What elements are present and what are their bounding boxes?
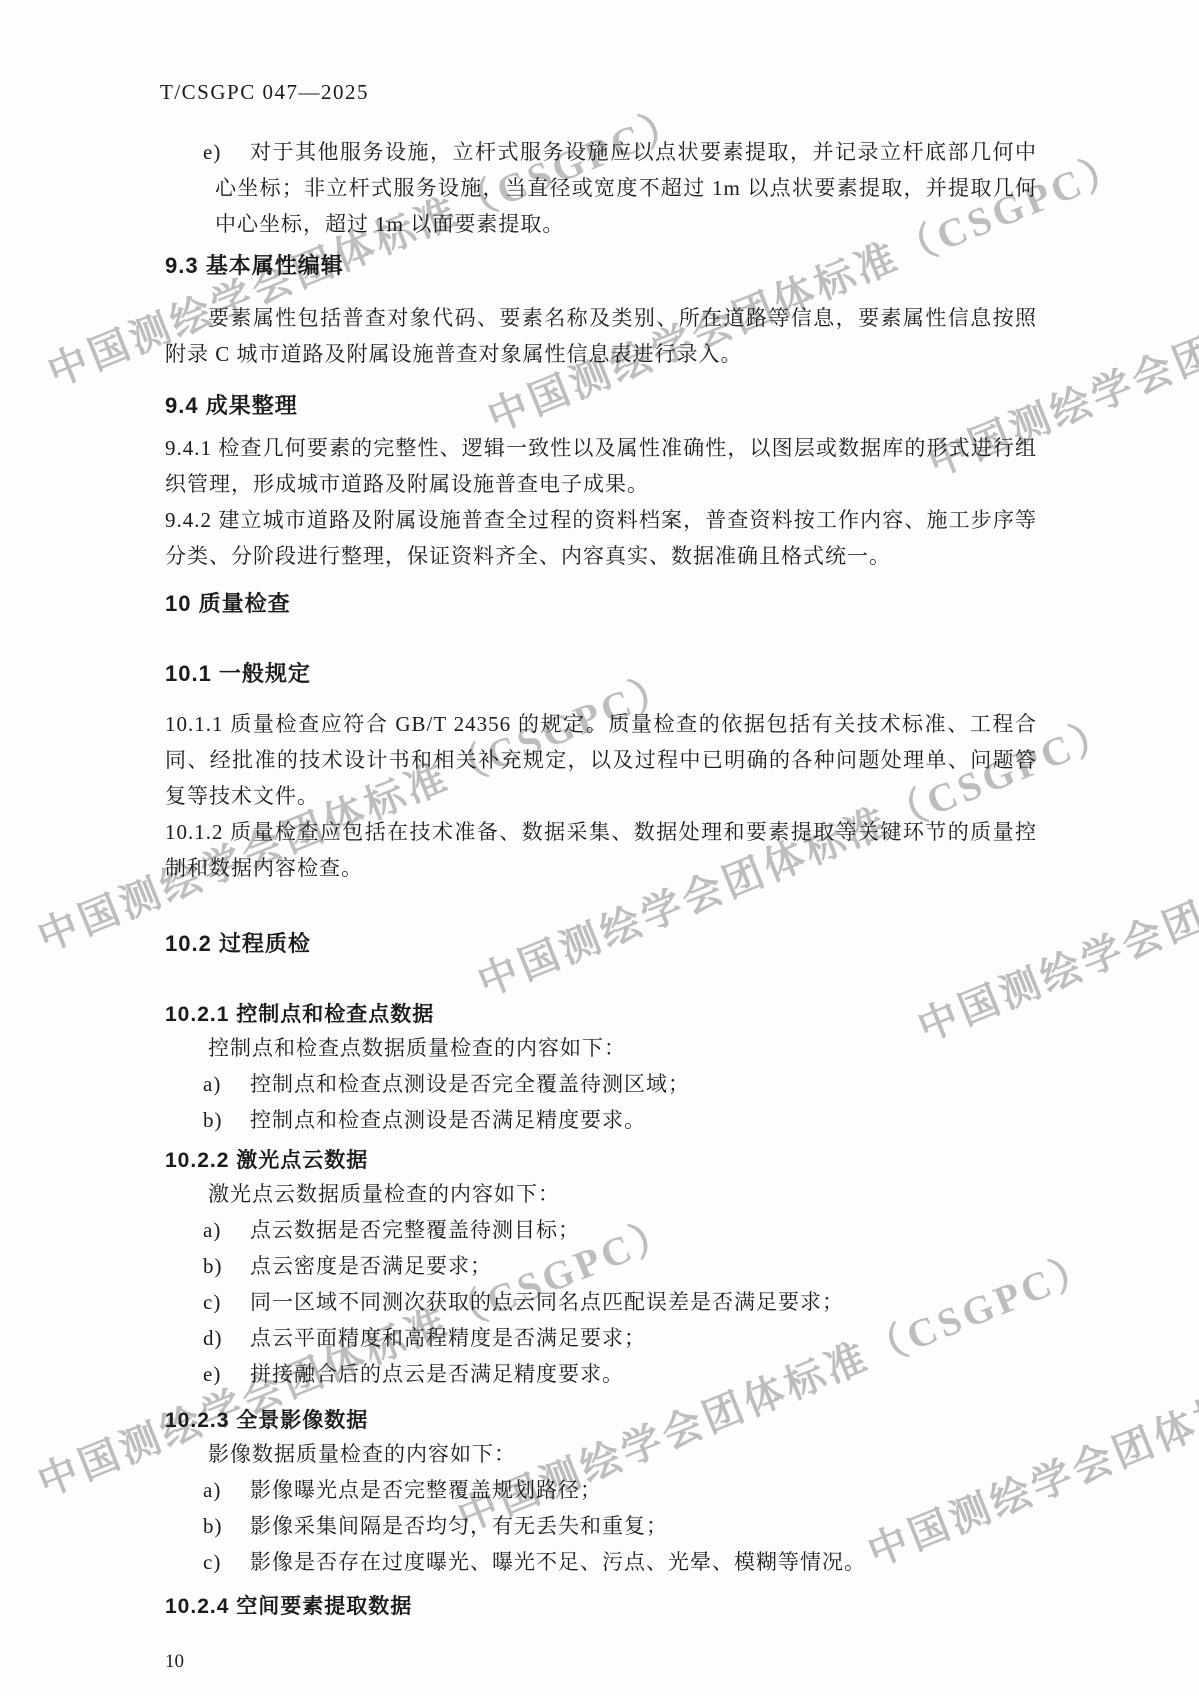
list-item-text: 影像是否存在过度曝光、曝光不足、污点、光晕、模糊等情况。: [250, 1550, 866, 1574]
list-item-text: 点云平面精度和高程精度是否满足要求；: [250, 1326, 646, 1350]
list-item-marker: b): [203, 1102, 223, 1138]
list-item-marker: c): [203, 1544, 221, 1580]
document-page: 中国测绘学会团体标准（CSGPC）中国测绘学会团体标准（CSGPC）中国测绘学会…: [0, 0, 1199, 1696]
heading-10: 10 质量检查: [165, 588, 1037, 620]
list-item-marker: d): [203, 1320, 223, 1356]
heading-10-2-2: 10.2.2 激光点云数据: [165, 1146, 1037, 1176]
list-item: d)点云平面精度和高程精度是否满足要求；: [165, 1320, 1037, 1356]
list-item: b)控制点和检查点测设是否满足精度要求。: [165, 1102, 1037, 1138]
heading-10-2-3: 10.2.3 全景影像数据: [165, 1406, 1037, 1436]
list-item: c)同一区域不同测次获取的点云同名点匹配误差是否满足要求；: [165, 1284, 1037, 1320]
paragraph-9-4-1: 9.4.1 检查几何要素的完整性、逻辑一致性以及属性准确性，以图层或数据库的形式…: [165, 430, 1037, 502]
doc-number: T/CSGPC 047—2025: [160, 0, 1199, 104]
page-number: 10: [165, 1650, 1199, 1674]
list-item-text: 控制点和检查点测设是否满足精度要求。: [250, 1108, 646, 1132]
list-item: a)影像曝光点是否完整覆盖规划路径；: [165, 1472, 1037, 1508]
list-item-text: 影像曝光点是否完整覆盖规划路径；: [250, 1478, 602, 1502]
paragraph-9-3: 要素属性包括普查对象代码、要素名称及类别、所在道路等信息，要素属性信息按照附录 …: [165, 300, 1037, 372]
list-item-marker: a): [203, 1066, 221, 1102]
paragraph-10-1-2: 10.1.2 质量检查应包括在技术准备、数据采集、数据处理和要素提取等关键环节的…: [165, 814, 1037, 886]
list-item-text: 控制点和检查点测设是否完全覆盖待测区域；: [250, 1072, 690, 1096]
list-item: a)控制点和检查点测设是否完全覆盖待测区域；: [165, 1066, 1037, 1102]
paragraph-10-2-1-intro: 控制点和检查点数据质量检查的内容如下：: [165, 1030, 1037, 1066]
list-item-marker: e): [203, 1356, 221, 1392]
paragraph-10-1-1: 10.1.1 质量检查应符合 GB/T 24356 的规定。质量检查的依据包括有…: [165, 706, 1037, 814]
heading-9-3: 9.3 基本属性编辑: [165, 250, 1037, 282]
heading-10-2-1: 10.2.1 控制点和检查点数据: [165, 1000, 1037, 1030]
list-item-marker: b): [203, 1508, 223, 1544]
list-item-text: 点云数据是否完整覆盖待测目标；: [250, 1218, 580, 1242]
list-item-text: 对于其他服务设施，立杆式服务设施应以点状要素提取，并记录立杆底部几何中心坐标；非…: [215, 140, 1037, 236]
list-item: e)拼接融合后的点云是否满足精度要求。: [165, 1356, 1037, 1392]
list-item-marker: a): [203, 1472, 221, 1508]
list-item-marker: e): [203, 134, 221, 170]
list-item-text: 影像采集间隔是否均匀，有无丢失和重复；: [250, 1514, 668, 1538]
list-item: b)点云密度是否满足要求；: [165, 1248, 1037, 1284]
heading-9-4: 9.4 成果整理: [165, 390, 1037, 422]
list-item: a)点云数据是否完整覆盖待测目标；: [165, 1212, 1037, 1248]
list-item-text: 拼接融合后的点云是否满足精度要求。: [250, 1362, 624, 1386]
paragraph-9-4-2: 9.4.2 建立城市道路及附属设施普查全过程的资料档案，普查资料按工作内容、施工…: [165, 502, 1037, 574]
heading-10-2: 10.2 过程质检: [165, 928, 1037, 960]
list-item-text: 点云密度是否满足要求；: [250, 1254, 492, 1278]
list-item-e: e)对于其他服务设施，立杆式服务设施应以点状要素提取，并记录立杆底部几何中心坐标…: [165, 134, 1037, 242]
heading-10-1: 10.1 一般规定: [165, 658, 1037, 690]
page-content: T/CSGPC 047—2025 e)对于其他服务设施，立杆式服务设施应以点状要…: [0, 0, 1199, 1674]
body-text: e)对于其他服务设施，立杆式服务设施应以点状要素提取，并记录立杆底部几何中心坐标…: [165, 134, 1037, 1622]
list-item-marker: c): [203, 1284, 221, 1320]
heading-10-2-4: 10.2.4 空间要素提取数据: [165, 1592, 1037, 1622]
list-item-text: 同一区域不同测次获取的点云同名点匹配误差是否满足要求；: [250, 1290, 844, 1314]
list-item: c)影像是否存在过度曝光、曝光不足、污点、光晕、模糊等情况。: [165, 1544, 1037, 1580]
paragraph-10-2-2-intro: 激光点云数据质量检查的内容如下：: [165, 1176, 1037, 1212]
list-item-marker: b): [203, 1248, 223, 1284]
list-item-marker: a): [203, 1212, 221, 1248]
paragraph-10-2-3-intro: 影像数据质量检查的内容如下：: [165, 1436, 1037, 1472]
list-item: b)影像采集间隔是否均匀，有无丢失和重复；: [165, 1508, 1037, 1544]
